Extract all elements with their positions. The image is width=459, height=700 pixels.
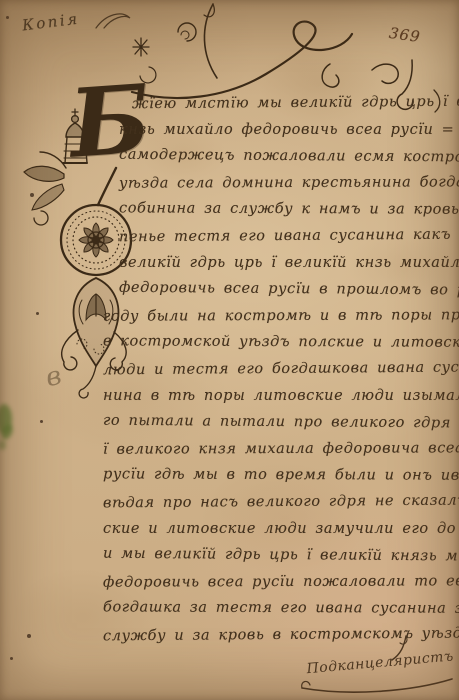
manuscript-line: русїи гдѣ мы в то время были и онъ иванъ [103,468,448,485]
manuscript-page: Копія 369 [0,0,459,700]
manuscript-line: люди и тестя его богдашкова ивана суса [103,361,448,380]
manuscript-text: жїею млстїю мы великїй гдрь црь ї великї… [0,0,459,700]
ink-speck [27,634,31,638]
ink-speck [10,657,13,660]
manuscript-line: вѣдая про насъ великого гдря не сказалъ … [103,494,448,513]
manuscript-line: собинина за службу к намъ и за кровь и з… [119,202,448,219]
manuscript-line: уѣзда села домнина крестьянина богдашка [119,175,448,192]
manuscript-line: пенье тестя его ивана сусанина какъ мы [119,228,448,246]
manuscript-line: нина в тѣ поры литовские люди изымали и … [103,389,448,405]
ink-speck [36,312,39,315]
manuscript-line: федоровичь всеа русїи в прошломъ во рка [119,281,448,299]
ink-speck [30,193,34,197]
manuscript-line: году были на костромѣ и в тѣ поры приход… [103,308,448,325]
manuscript-line: федоровичь всеа русїи пожаловали то ево [103,574,448,591]
manuscript-line: богдашка за тестя его ивана сусанина за [103,601,448,618]
manuscript-line: кнзь михайло федоровичь всеа русїи = [119,123,448,139]
manuscript-line: го пытали а пытали про великого гдря цря [103,414,448,433]
manuscript-line: великїй гдрь црь ї великїй кнзь михайло [119,256,448,272]
manuscript-line: и мы великїй гдрь црь ї великїй князь ми… [103,547,448,566]
manuscript-line: жїею млстїю мы великїй гдрь црь ї великї… [132,95,448,113]
manuscript-line: ї великого кнзя михаила федоровича всеа [103,441,448,458]
manuscript-line: ские и литовские люди замучили его до см… [103,522,448,538]
ink-speck [6,16,9,19]
manuscript-line: самодержецъ пожаловали есмя костромского [119,148,448,166]
signature-flourish-ornament [298,676,456,696]
ink-speck [40,420,43,423]
manuscript-line: в костромской уѣздъ полские и литовские [103,335,448,352]
